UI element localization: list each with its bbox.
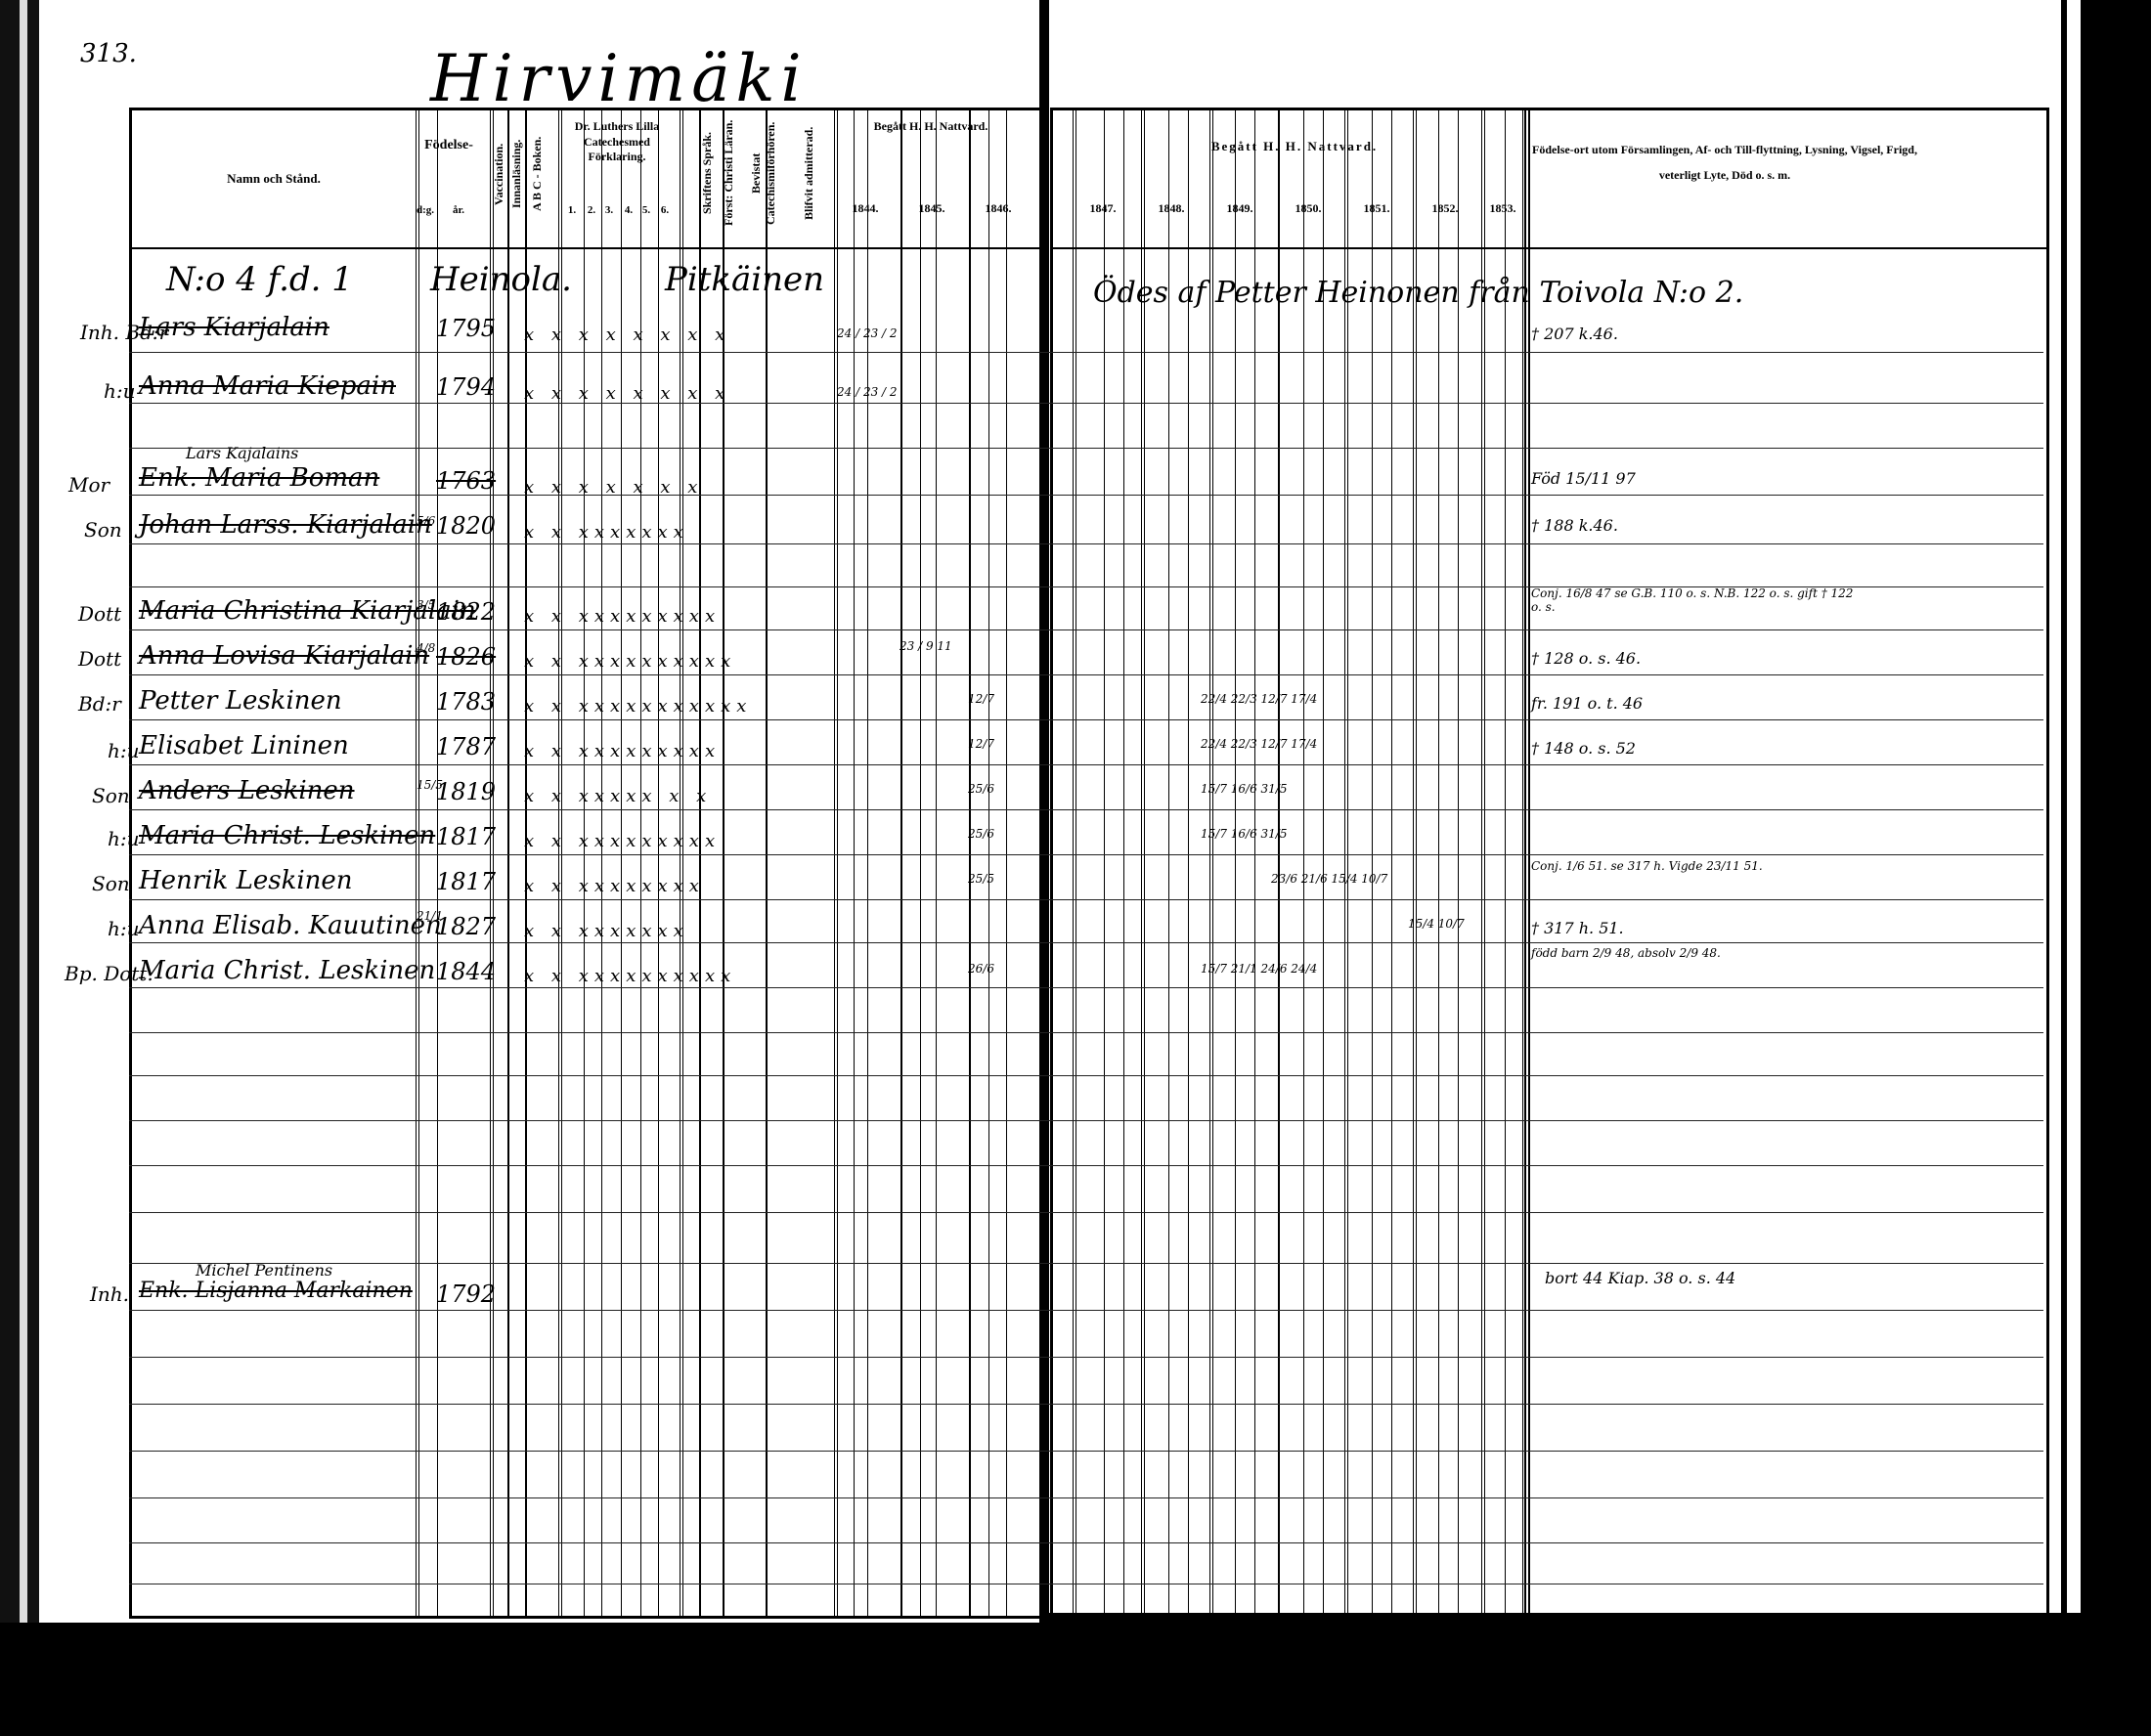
header-year-1853: 1853. [1480,201,1525,217]
row-remarks: Conj. 1/6 51. se 317 h. Vigde 23/11 51. [1531,856,1766,878]
row-catechism-marks: x x xxxxxxxxx [524,831,721,851]
row-birth-year: 1844 [436,958,496,985]
row-communion-right: 23/6 21/6 15/4 10/7 [1271,872,1387,886]
household-surname: Pitkäinen [665,260,824,299]
row-communion-left: 26/6 [968,962,994,976]
row-name: Maria Christ. Leskinen [139,956,435,985]
row-birth-year: 1763 [436,467,496,495]
row-catechism-marks: x x xxxxxxxxxx [524,651,736,672]
row-catechism-marks: x x xxxxx x x [524,786,712,806]
row-remarks: bort 44 Kiap. 38 o. s. 44 [1545,1269,1735,1287]
header-part-5: 5. [637,203,655,217]
row-communion-right: 15/7 21/1 24/6 24/4 [1201,962,1317,976]
row-catechism-marks: x x xxxxxxxxxxx [524,696,752,716]
household-note: Ödes af Petter Heinonen från Toivola N:o… [1093,276,1743,310]
header-birth-year: år. [436,203,481,217]
row-above-note: Lars Kajalains [186,444,298,462]
row-remarks: † 188 k.46. [1531,516,1618,535]
page-number: 313. [80,39,137,68]
row-name: Lars Kiarjalain [139,313,329,342]
row-communion-left: 25/5 [968,872,994,886]
row-name: Henrik Leskinen [139,866,353,895]
header-name: Namn och Stånd. [137,171,411,188]
row-birth-year: 1795 [436,315,496,342]
row-name: Anna Elisab. Kauutinen [139,911,442,940]
row-margin: h:u [108,827,140,850]
row-communion-right: 22/4 22/3 12/7 17/4 [1201,692,1317,706]
row-communion-left: 25/6 [968,782,994,796]
household-place: Heinola. [430,260,572,299]
header-year-1845: 1845. [900,201,964,217]
row-birth-year: 1794 [436,373,496,401]
book-edge-right [2061,0,2151,1736]
row-birth-year: 1787 [436,733,496,760]
header-year-1848: 1848. [1138,201,1205,217]
header-year-1846: 1846. [966,201,1031,217]
header-vaccination: Vaccination. [492,115,506,233]
row-communion-left: 12/7 [968,692,994,706]
header-birth-day: d:g. [415,203,436,217]
row-catechism-marks: x x x x x x x x [524,325,730,345]
scan-background [0,1623,2151,1736]
row-margin: Son [92,784,130,807]
row-catechism-marks: x x xxxxxxxxx [524,741,721,761]
row-catechism-marks: x x x x x x x x [524,383,730,404]
row-remarks: Conj. 16/8 47 se G.B. 110 o. s. N.B. 122… [1531,586,1854,614]
row-birth-day: 4/8 [417,641,435,655]
row-communion-right: 15/7 16/6 31/5 [1201,827,1287,841]
row-name: Anders Leskinen [139,776,355,805]
row-margin: h:u [108,739,140,762]
row-margin: Mor [68,473,110,497]
row-birth-year: 1783 [436,688,496,716]
row-name: Anna Lovisa Kiarjalain [139,641,429,671]
header-year-1849: 1849. [1207,201,1273,217]
row-name: Johan Larss. Kiarjalain [139,510,432,540]
header-part-6: 6. [656,203,674,217]
header-part-2: 2. [583,203,600,217]
row-name: Enk. Lisjanna Markainen [139,1279,413,1303]
row-remarks: † 207 k.46. [1531,325,1618,343]
row-catechism-marks: x x xxxxxxxxx [524,606,721,627]
header-year-1847: 1847. [1070,201,1136,217]
row-birth-year: 1820 [436,512,496,540]
row-communion-left: 25/6 [968,827,994,841]
header-blifvit-admitterad: Blifvit admitterad. [802,109,816,237]
header-skriftens-sprak: Skriftens Språk. [700,109,715,237]
village-title: Hirvimäki [430,41,808,116]
row-remarks: fr. 191 o. t. 46 [1531,694,1643,713]
row-birth-day: 3/5 [417,598,435,612]
row-communion-left: 24 / 23 / 2 [837,326,898,340]
row-communion-left: 12/7 [968,737,994,751]
row-birth-year: 1817 [436,868,496,895]
row-name: Petter Leskinen [139,686,342,716]
row-remarks: Föd 15/11 97 [1531,469,1636,488]
header-part-4: 4. [620,203,637,217]
header-nattvard-left: Begått H. H. Nattvard. [833,119,1029,135]
header-bevistat-catechismiforhoren: Bevistat Catechismiförhören. [749,109,778,237]
header-innanlasning: Innanläsning. [509,115,524,233]
row-name: Maria Christ. Leskinen [139,821,435,850]
row-remarks: † 317 h. 51. [1531,919,1624,937]
row-remarks: † 128 o. s. 46. [1531,649,1641,668]
row-margin: h:u [104,379,136,403]
row-margin: Dott [78,602,121,626]
row-remarks: † 148 o. s. 52 [1531,739,1636,758]
row-margin: Son [84,518,122,542]
row-communion-left: 24 / 23 / 2 [837,385,898,399]
row-birth-day: 5/6 [417,514,435,528]
row-birth-year: 1792 [436,1280,496,1308]
header-year-1850: 1850. [1275,201,1341,217]
row-birth-year: 1826 [436,643,496,671]
header-remarks: Födelse-ort utom Församlingen, Af- och T… [1529,137,1920,189]
row-communion-right: 15/7 16/6 31/5 [1201,782,1287,796]
row-catechism-marks: x x xxxxxxx [524,522,689,542]
row-name: Enk. Maria Boman [139,463,379,493]
header-year-1851: 1851. [1343,201,1410,217]
row-remarks: född barn 2/9 48, absolv 2/9 48. [1531,946,1721,960]
header-part-1: 1. [563,203,581,217]
header-nattvard-right: Begått H. H. Nattvard. [1070,139,1519,155]
row-catechism-marks: x x xxxxxxx [524,921,689,941]
household-number: N:o 4 f.d. 1 [166,260,353,299]
row-above-note: Michel Pentinens [196,1261,332,1280]
row-communion-right: 22/4 22/3 12/7 17/4 [1201,737,1317,751]
header-birth: Födelse- [415,137,483,154]
row-birth-year: 1827 [436,913,496,940]
header-luther-catechism: Dr. Luthers Lilla Catechesmed Förklaring… [559,119,675,165]
header-abc-boken: A B C - Boken. [530,115,545,233]
row-margin: Bd:r [78,692,121,716]
row-communion-left: 23 / 9 11 [900,639,952,653]
row-birth-year: 1817 [436,823,496,850]
header-part-3: 3. [600,203,618,217]
row-catechism-marks: x x xxxxxxxxxx [524,966,736,986]
header-forst-christi-laran: Först: Christi Läran. [722,109,736,237]
row-margin: Inh. [90,1282,129,1306]
header-year-1844: 1844. [833,201,898,217]
row-name: Elisabet Lininen [139,731,349,760]
row-birth-year: 1822 [436,598,496,626]
row-catechism-marks: x x xxxxxxxx [524,876,705,896]
row-communion-right: 15/4 10/7 [1408,917,1465,931]
row-name: Anna Maria Kiepain [139,371,396,401]
header-year-1852: 1852. [1412,201,1478,217]
row-margin: Son [92,872,130,895]
book-edge-left [0,0,39,1736]
row-margin: Dott [78,647,121,671]
row-birth-year: 1819 [436,778,496,805]
row-margin: h:u [108,917,140,940]
